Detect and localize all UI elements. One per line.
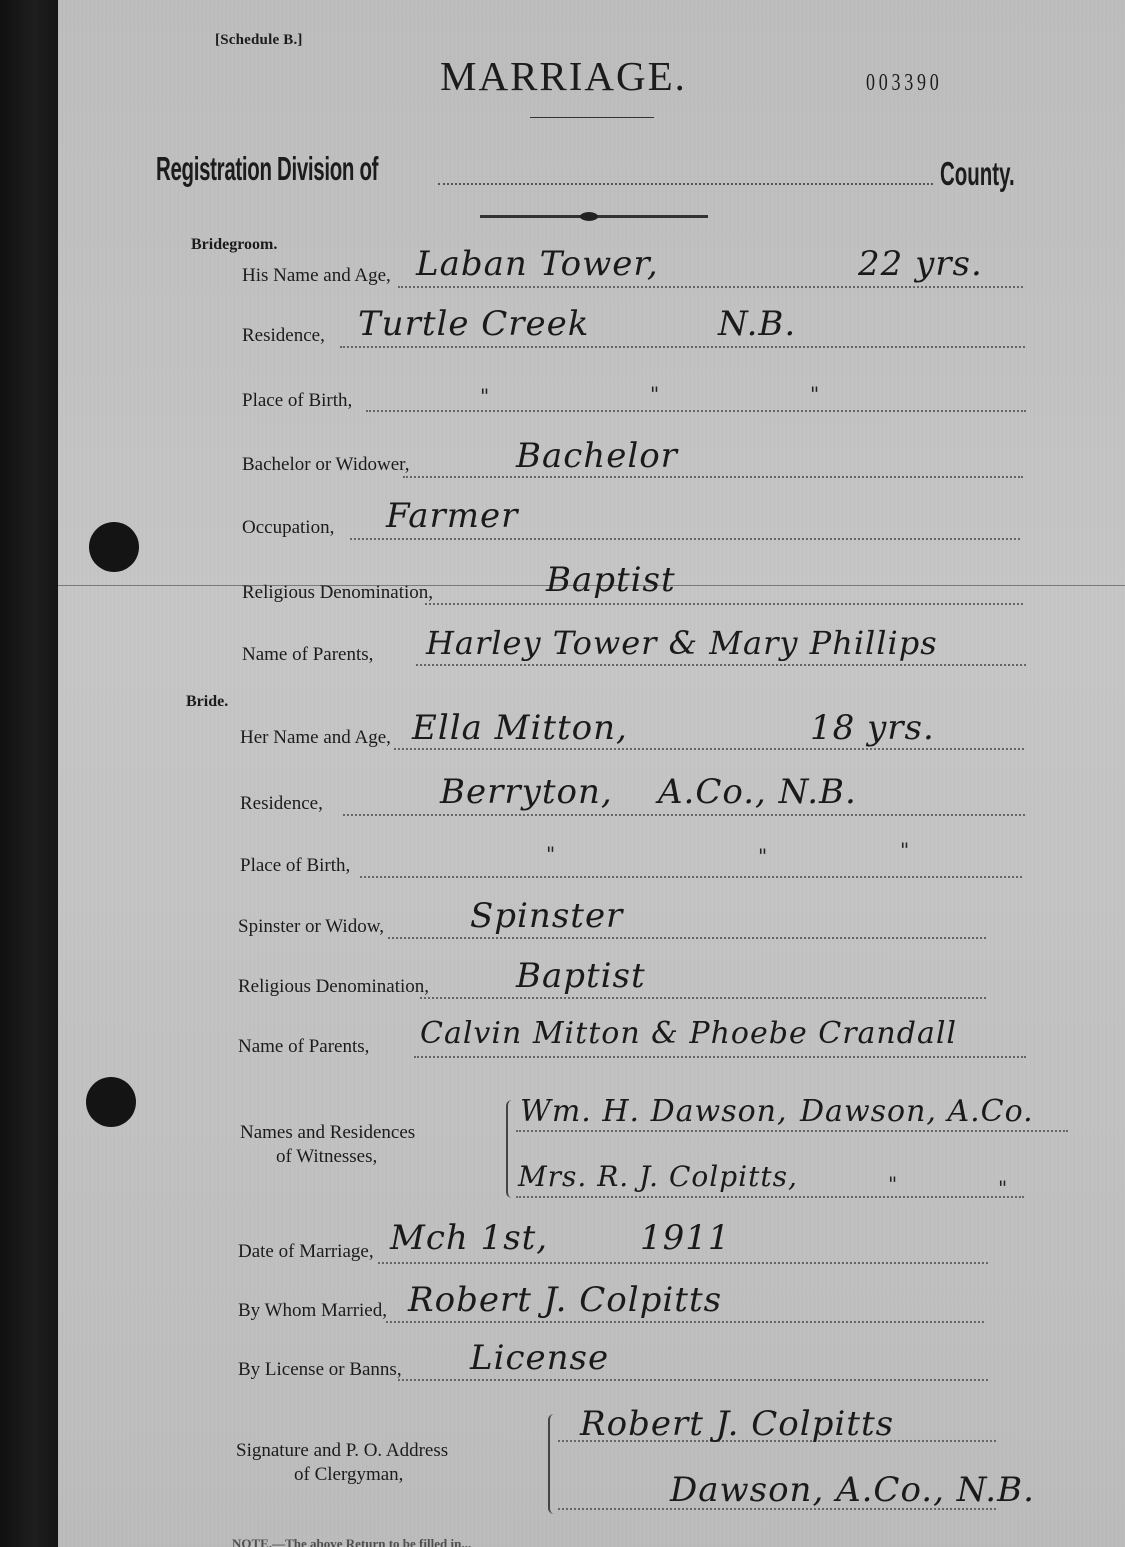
license-banns-value: License <box>470 1338 609 1378</box>
groom-birthplace-field[interactable] <box>366 410 1026 412</box>
clergyman-brace <box>548 1414 558 1514</box>
bride-marital-status-label: Spinster or Widow, <box>238 916 384 938</box>
county-label: County. <box>940 155 1015 193</box>
bride-parents-label: Name of Parents, <box>238 1036 369 1058</box>
witnesses-label-line2: of Witnesses, <box>276 1146 377 1168</box>
groom-residence-field[interactable] <box>340 346 1025 348</box>
marriage-date-field[interactable] <box>378 1262 988 1264</box>
groom-marital-status-label: Bachelor or Widower, <box>242 454 409 476</box>
registration-division-label: Registration Division of <box>156 150 378 188</box>
bride-religion-field[interactable] <box>420 997 986 999</box>
marriage-date-label: Date of Marriage, <box>238 1241 374 1263</box>
bride-parents-value: Calvin Mitton & Phoebe Crandall <box>420 1016 957 1051</box>
bride-age-value: 18 yrs. <box>810 708 935 748</box>
bride-marital-status-field[interactable] <box>388 937 986 939</box>
witness-1-residence: Dawson, A.Co. <box>800 1094 1034 1129</box>
bride-birthplace-field[interactable] <box>360 876 1022 878</box>
groom-religion-label: Religious Denomination, <box>242 582 433 604</box>
marriage-year-value: 1911 <box>640 1218 731 1258</box>
groom-religion-field[interactable] <box>425 603 1023 605</box>
bridegroom-section-label: Bridegroom. <box>191 236 277 254</box>
witness-2-name: Mrs. R. J. Colpitts, <box>518 1160 798 1193</box>
witness-1-field[interactable] <box>516 1130 1068 1132</box>
groom-birthplace-label: Place of Birth, <box>242 390 352 412</box>
groom-residence-value: Turtle Creek <box>358 304 589 344</box>
officiant-value: Robert J. Colpitts <box>408 1280 722 1320</box>
footer-note: NOTE.—The above Return to be filled in..… <box>232 1536 471 1547</box>
groom-birthplace-ditto-1: " <box>480 384 489 408</box>
witness-2-ditto-2: " <box>998 1176 1007 1200</box>
groom-parents-label: Name of Parents, <box>242 644 373 666</box>
title-rule <box>530 117 654 118</box>
bride-residence-county: A.Co., N.B. <box>658 772 857 812</box>
bride-religion-value: Baptist <box>516 956 646 996</box>
groom-name-value: Laban Tower, <box>416 244 659 284</box>
bride-name-value: Ella Mitton, <box>412 708 628 748</box>
officiant-field[interactable] <box>386 1321 984 1323</box>
groom-residence-province: N.B. <box>718 304 796 344</box>
groom-birthplace-ditto-2: " <box>650 382 659 406</box>
bride-religion-label: Religious Denomination, <box>238 976 429 998</box>
bride-name-age-field[interactable] <box>394 748 1024 750</box>
groom-name-age-field[interactable] <box>398 286 1023 288</box>
officiant-label: By Whom Married, <box>238 1300 387 1322</box>
punch-hole-top <box>89 522 139 572</box>
clergyman-signature-value: Robert J. Colpitts <box>580 1404 894 1444</box>
license-banns-field[interactable] <box>398 1379 988 1381</box>
groom-parents-field[interactable] <box>416 664 1026 666</box>
bride-parents-field[interactable] <box>414 1056 1026 1058</box>
punch-hole-bottom <box>86 1077 136 1127</box>
bride-birthplace-label: Place of Birth, <box>240 855 350 877</box>
groom-name-age-label: His Name and Age, <box>242 265 391 287</box>
clergyman-label-line1: Signature and P. O. Address <box>236 1440 448 1462</box>
groom-age-value: 22 yrs. <box>858 244 983 284</box>
clergyman-label-line2: of Clergyman, <box>294 1464 403 1486</box>
groom-occupation-value: Farmer <box>386 496 518 536</box>
bride-residence-field[interactable] <box>343 814 1025 816</box>
ornament-divider <box>480 215 708 218</box>
groom-residence-label: Residence, <box>242 325 325 347</box>
marriage-register-page: [Schedule B.] MARRIAGE. 003390 Registrat… <box>58 0 1125 1547</box>
witnesses-brace <box>506 1100 516 1198</box>
groom-birthplace-ditto-3: " <box>810 382 819 406</box>
registration-division-field[interactable] <box>438 183 933 185</box>
bride-residence-label: Residence, <box>240 793 323 815</box>
scan-left-border <box>0 0 58 1547</box>
bride-section-label: Bride. <box>186 693 228 711</box>
witness-2-field[interactable] <box>516 1196 1024 1198</box>
marriage-date-value: Mch 1st, <box>390 1218 548 1258</box>
groom-marital-status-field[interactable] <box>403 476 1023 478</box>
witnesses-label-line1: Names and Residences <box>240 1122 415 1144</box>
groom-occupation-field[interactable] <box>350 538 1020 540</box>
clergyman-address-value: Dawson, A.Co., N.B. <box>670 1470 1035 1510</box>
license-banns-label: By License or Banns, <box>238 1359 402 1381</box>
bride-marital-status-value: Spinster <box>470 896 623 936</box>
bride-residence-value: Berryton, <box>440 772 613 812</box>
witness-2-ditto-1: " <box>888 1172 897 1196</box>
bride-name-age-label: Her Name and Age, <box>240 727 391 749</box>
bride-birthplace-ditto-1: " <box>546 842 555 866</box>
groom-religion-value: Baptist <box>546 560 676 600</box>
bride-birthplace-ditto-2: " <box>758 844 767 868</box>
groom-occupation-label: Occupation, <box>242 517 334 539</box>
schedule-label: [Schedule B.] <box>215 32 303 49</box>
witness-1-name: Wm. H. Dawson, <box>520 1094 788 1129</box>
serial-number: 003390 <box>866 70 943 97</box>
form-title: MARRIAGE. <box>440 52 687 100</box>
groom-parents-value: Harley Tower & Mary Phillips <box>426 624 938 662</box>
bride-birthplace-ditto-3: " <box>900 838 909 862</box>
groom-marital-status-value: Bachelor <box>516 436 678 476</box>
